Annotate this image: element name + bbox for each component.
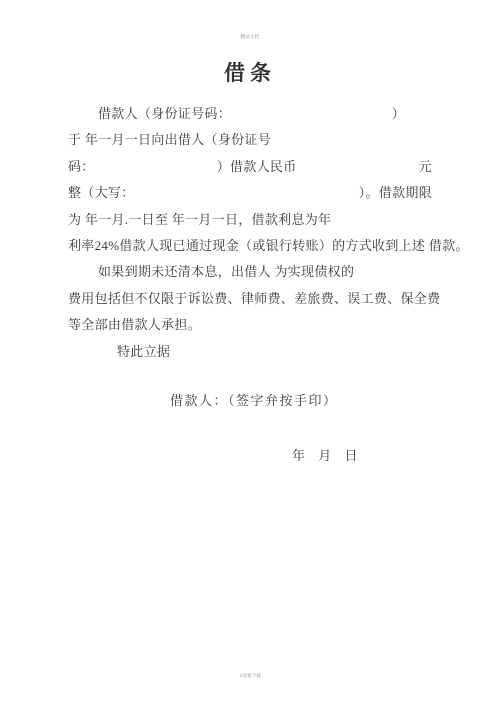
line-hereby-note: 特此立据 [68, 339, 432, 365]
line-amount-unit: 元 [419, 154, 432, 180]
line-amount-label: ）借款人民币 [217, 154, 297, 180]
header-note-text: 精品文档 [241, 33, 260, 39]
line-amount-words-label: 整（大写： [68, 180, 135, 206]
line-term-dates: 为 年一月.一日至 年一月一日，借款利息为年 [68, 207, 432, 233]
line-loan-term-label: ）。借款期限 [359, 180, 432, 206]
line-lender-id-amount: 码： ）借款人民币 元 [68, 154, 432, 180]
line-interest-rate: 利率24%借款人现已通过现金（或银行转账）的方式收到上述 借款。 [68, 233, 432, 259]
line-borrower-id-close-paren: ） [392, 101, 405, 127]
line-fees-borne-by: 等全部由借款人承担。 [68, 312, 432, 338]
line-lender-id-label: 码： [68, 154, 95, 180]
line-lend-date: 于 年一月一日向出借人（身份证号 [68, 127, 432, 153]
line-default-clause: 如果到期未还清本息，出借人 为实现债权的 [68, 259, 432, 285]
header-note: 精品文档 [0, 26, 500, 44]
line-borrower-id: 借款人（身份证号码： ） [68, 101, 432, 127]
signature-date-line: 年 月 日 [292, 443, 432, 469]
footer-note-text: 1欢迎下载 [239, 672, 260, 678]
document-page: 精品文档 借条 借款人（身份证号码： ） 于 年一月一日向出借人（身份证号 码：… [0, 0, 500, 708]
doc-title: 借条 [0, 57, 500, 87]
line-amount-words: 整（大写： ）。借款期限 [68, 180, 432, 206]
footer-note: 1欢迎下载 [0, 665, 500, 683]
signature-borrower-line: 借款人：（签字弁按手印） [170, 388, 432, 414]
line-fees-list: 费用包括但不仅限于诉讼费、律师费、差旅费、误工费、保全费 [68, 286, 432, 312]
line-borrower-id-label: 借款人（身份证号码： [98, 101, 231, 127]
doc-body: 借款人（身份证号码： ） 于 年一月一日向出借人（身份证号 码： ）借款人民币 … [68, 101, 432, 470]
